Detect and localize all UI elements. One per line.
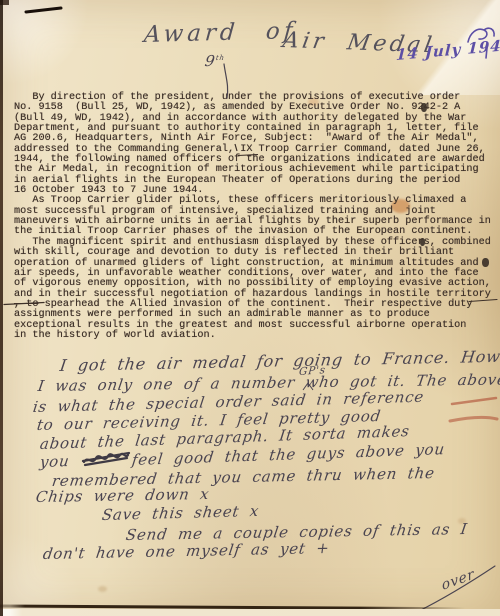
handwritten-title-award-of: Award of [143,18,297,48]
over-label: over [440,566,476,594]
note-insertion-gps: GP's [298,364,326,378]
typed-line: of vigorous enemy opposition, with no po… [14,279,496,289]
red-smudge [452,398,496,404]
foxing-spot [98,586,107,592]
red-smudge [450,417,497,421]
left-paper-edge-shadow [0,0,3,616]
sheet-beneath [0,609,500,616]
annotation-9th: 9th [204,52,226,70]
note-line-part: you [39,452,71,471]
typed-order-text: By direction of the president, under the… [14,93,496,341]
typed-line: assignments were performed in such an ad… [14,310,496,320]
note-line: Save this sheet x [101,502,261,524]
staple-mark [26,8,61,12]
typed-line: in the history of world aviation. [14,331,496,341]
scribbled-out-word [83,453,129,465]
typed-line: with skill, courage and devotion to duty… [14,248,496,258]
note-line: don't have one myself as yet + [42,539,331,563]
scanned-letter-page: Award of Air Medal 14 July 1944 9th By d… [0,0,500,616]
